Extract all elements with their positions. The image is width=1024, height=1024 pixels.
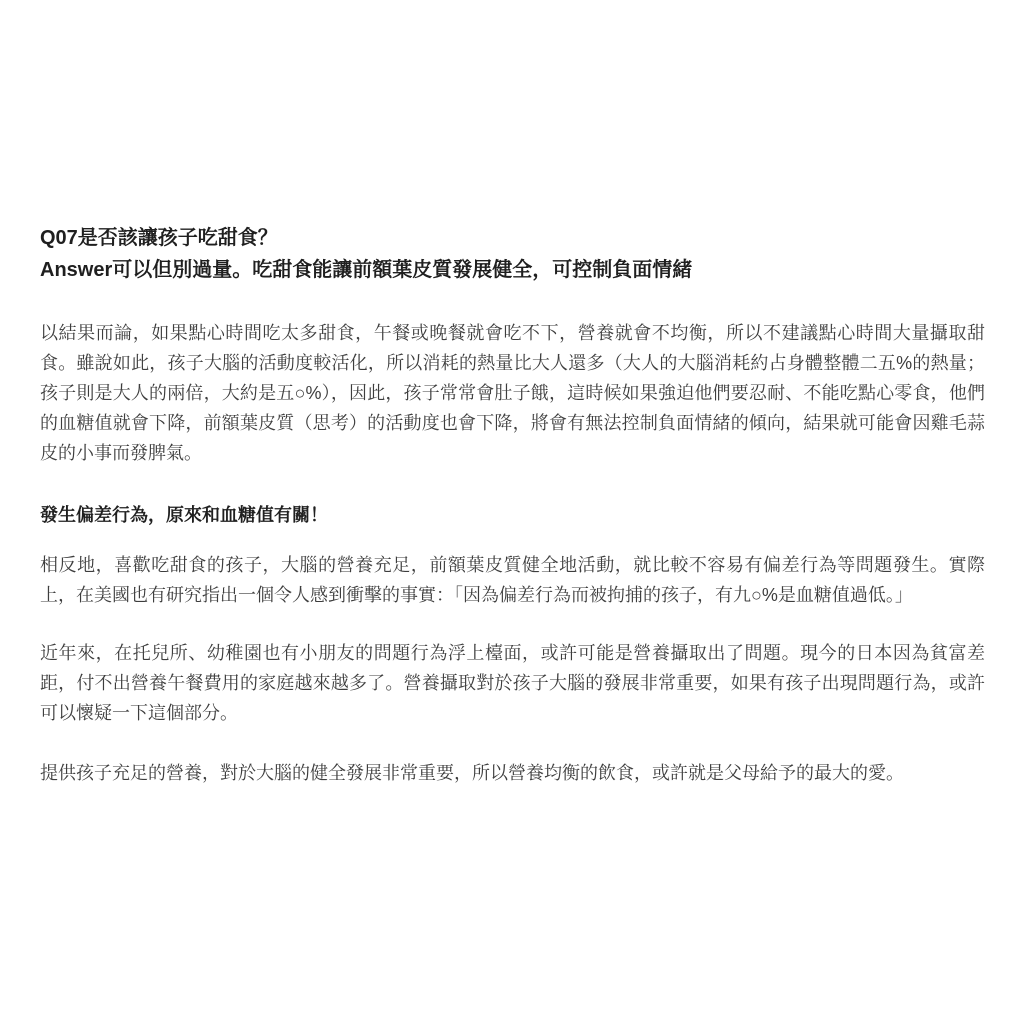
body-paragraph-3: 近年來，在托兒所、幼稚園也有小朋友的問題行為浮上檯面，或許可能是營養攝取出了問題… xyxy=(40,638,985,728)
question-heading: Q07是否該讓孩子吃甜食？ xyxy=(40,222,985,254)
article-content: Q07是否該讓孩子吃甜食？ Answer可以但別過量。吃甜食能讓前額葉皮質發展健… xyxy=(0,0,1024,788)
section-subheading: 發生偏差行為，原來和血糖值有關！ xyxy=(40,500,985,530)
answer-heading: Answer可以但別過量。吃甜食能讓前額葉皮質發展健全，可控制負面情緒 xyxy=(40,254,985,286)
document-page: Q07是否該讓孩子吃甜食？ Answer可以但別過量。吃甜食能讓前額葉皮質發展健… xyxy=(0,0,1024,1024)
body-paragraph-2: 相反地，喜歡吃甜食的孩子，大腦的營養充足，前額葉皮質健全地活動，就比較不容易有偏… xyxy=(40,550,985,610)
body-paragraph-1: 以結果而論，如果點心時間吃太多甜食，午餐或晚餐就會吃不下，營養就會不均衡，所以不… xyxy=(40,318,985,468)
body-paragraph-4: 提供孩子充足的營養，對於大腦的健全發展非常重要，所以營養均衡的飲食，或許就是父母… xyxy=(40,758,985,788)
